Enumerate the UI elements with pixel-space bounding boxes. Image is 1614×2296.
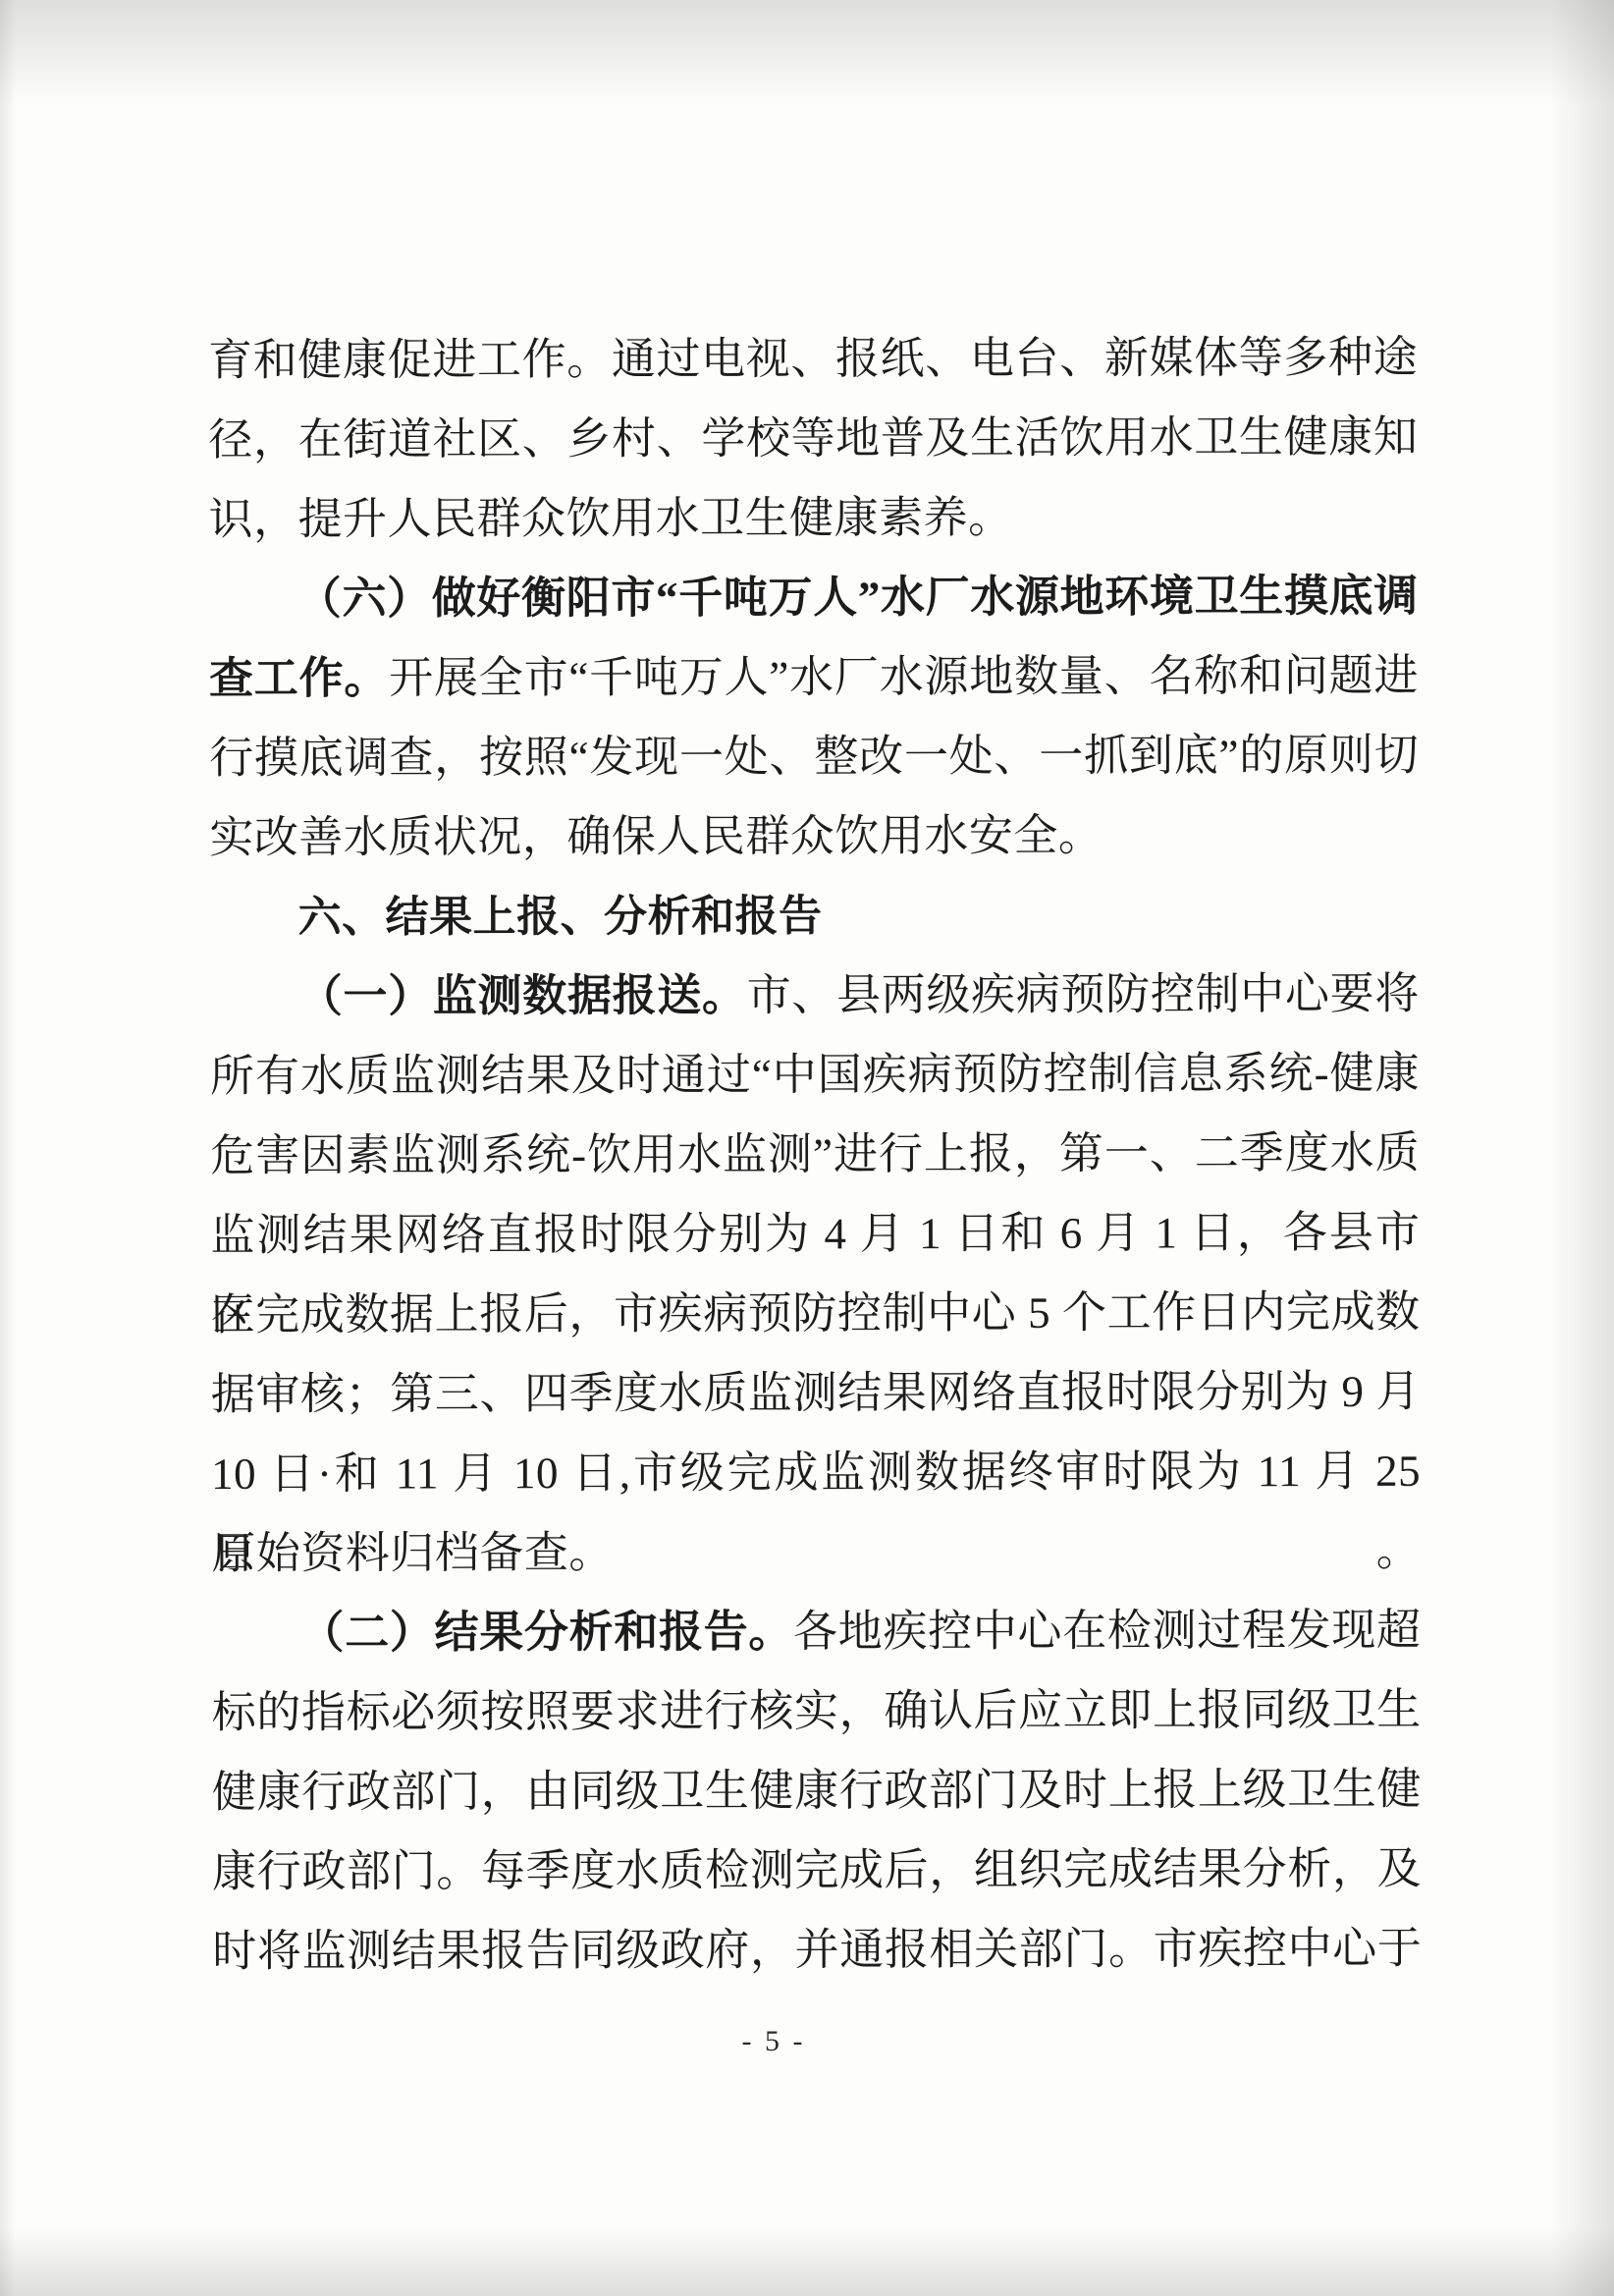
text-line: 在完成数据上报后，市疾病预防控制中心 5 个工作日内完成数 bbox=[211, 1273, 1421, 1355]
text-line: 实改善水质状况，确保人民群众饮用水安全。 bbox=[209, 795, 1419, 878]
body-text: 健康行政部门，由同级卫生健康行政部门及时上报上级卫生健 bbox=[212, 1765, 1422, 1817]
scan-shadow-top bbox=[0, 0, 1614, 118]
body-text: 康行政部门。每季度水质检测完成后，组织完成结果分析，及 bbox=[212, 1844, 1422, 1896]
text-line: 标的指标必须按照要求进行核实，确认后应立即上报同级卫生 bbox=[212, 1670, 1422, 1753]
body-text: 在完成数据上报后，市疾病预防控制中心 5 个工作日内完成数 bbox=[211, 1287, 1421, 1339]
body-text: 育和健康促进工作。通过电视、报纸、电台、新媒体等多种途 bbox=[208, 333, 1418, 385]
scan-shadow-left bbox=[0, 0, 16, 2296]
text-line: （二）结果分析和报告。各地疾控中心在检测过程发现超 bbox=[211, 1591, 1421, 1673]
text-line: 监测结果网络直报时限分别为 4 月 1 日和 6 月 1 日，各县市区 bbox=[210, 1193, 1420, 1276]
body-text: 各地疾控中心在检测过程发现超 bbox=[793, 1606, 1422, 1657]
page-number: - 5 - bbox=[0, 2025, 1547, 2058]
body-text: 开展全市“千吨万人”水厂水源地数量、名称和问题进 bbox=[389, 651, 1419, 703]
text-line: 危害因素监测系统-饮用水监测”进行上报，第一、二季度水质 bbox=[210, 1114, 1420, 1196]
bold-text: 六、结果上报、分析和报告 bbox=[298, 892, 823, 941]
body-text: 所有水质监测结果及时通过“中国疾病预防控制信息系统-健康 bbox=[210, 1049, 1420, 1101]
text-line: 径，在街道社区、乡村、学校等地普及生活饮用水卫生健康知 bbox=[208, 398, 1418, 480]
body-text: 实改善水质状况，确保人民群众饮用水安全。 bbox=[209, 811, 1103, 862]
body-text: 原始资料归档备查。 bbox=[211, 1528, 614, 1578]
scan-shadow-right bbox=[1551, 0, 1614, 2296]
text-line: 据审核；第三、四季度水质监测结果网络直报时限分别为 9 月 bbox=[211, 1352, 1421, 1435]
text-line: 六、结果上报、分析和报告 bbox=[209, 875, 1419, 957]
scanned-document-page: 育和健康促进工作。通过电视、报纸、电台、新媒体等多种途径，在街道社区、乡村、学校… bbox=[0, 0, 1614, 2296]
scan-shadow-bottom bbox=[0, 2227, 1614, 2296]
text-line: 健康行政部门，由同级卫生健康行政部门及时上报上级卫生健 bbox=[212, 1750, 1422, 1832]
text-line: 识，提升人民群众饮用水卫生健康素养。 bbox=[208, 477, 1418, 560]
body-text: 行摸底调查，按照“发现一处、整改一处、一抓到底”的原则切 bbox=[209, 731, 1419, 783]
text-line: （六）做好衡阳市“千吨万人”水厂水源地环境卫生摸底调 bbox=[209, 557, 1419, 639]
body-text: 时将监测结果报告同级政府，并通报相关部门。市疾控中心于 bbox=[212, 1924, 1422, 1976]
text-line: 育和健康促进工作。通过电视、报纸、电台、新媒体等多种途 bbox=[208, 318, 1418, 401]
body-text: 市、县两级疾病预防控制中心要将 bbox=[747, 969, 1420, 1020]
body-text: 识，提升人民群众饮用水卫生健康素养。 bbox=[208, 493, 1012, 544]
document-body: 育和健康促进工作。通过电视、报纸、电台、新媒体等多种途径，在街道社区、乡村、学校… bbox=[208, 318, 1422, 1992]
text-line: 时将监测结果报告同级政府，并通报相关部门。市疾控中心于 bbox=[212, 1909, 1422, 1992]
text-line: （一）监测数据报送。市、县两级疾病预防控制中心要将 bbox=[210, 955, 1420, 1037]
text-line: 康行政部门。每季度水质检测完成后，组织完成结果分析，及 bbox=[212, 1830, 1422, 1912]
bold-text: （二）结果分析和报告。 bbox=[299, 1607, 793, 1657]
body-text: 标的指标必须按照要求进行核实，确认后应立即上报同级卫生 bbox=[212, 1685, 1422, 1737]
body-text: 危害因素监测系统-饮用水监测”进行上报，第一、二季度水质 bbox=[210, 1128, 1420, 1180]
text-line: 10 日·和 11 月 10 日,市级完成监测数据终审时限为 11 月 25 日… bbox=[211, 1432, 1421, 1514]
bold-text: （一）监测数据报送。 bbox=[298, 971, 747, 1021]
text-line: 查工作。开展全市“千吨万人”水厂水源地数量、名称和问题进 bbox=[209, 636, 1419, 719]
body-text: 据审核；第三、四季度水质监测结果网络直报时限分别为 9 月 bbox=[211, 1367, 1421, 1419]
bold-text: 查工作。 bbox=[209, 654, 389, 703]
body-text: 径，在街道社区、乡村、学校等地普及生活饮用水卫生健康知 bbox=[208, 412, 1418, 465]
text-line: 所有水质监测结果及时通过“中国疾病预防控制信息系统-健康 bbox=[210, 1034, 1420, 1117]
bold-text: （六）做好衡阳市“千吨万人”水厂水源地环境卫生摸底调 bbox=[297, 572, 1419, 624]
text-line: 行摸底调查，按照“发现一处、整改一处、一抓到底”的原则切 bbox=[209, 716, 1419, 798]
